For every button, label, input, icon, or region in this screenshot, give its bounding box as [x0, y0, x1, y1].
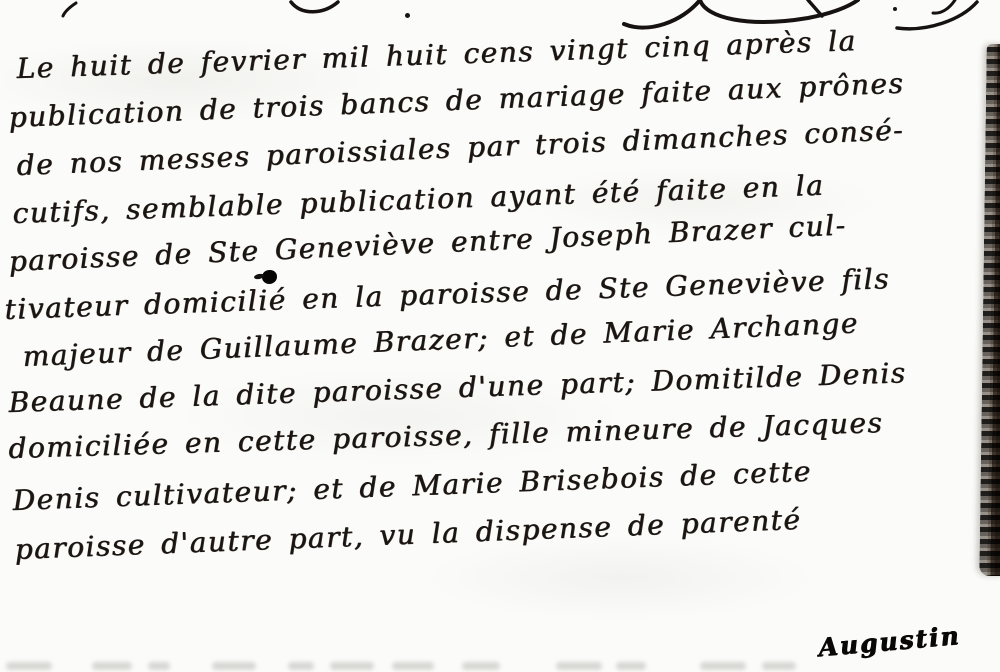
scan-smudge	[92, 662, 132, 670]
scan-smudge	[288, 662, 314, 670]
scan-smudge	[148, 662, 170, 670]
scan-smudge	[6, 662, 52, 670]
scan-smudge	[392, 662, 434, 670]
scan-smudge	[462, 662, 500, 670]
scan-smudge	[700, 662, 746, 670]
scan-smudge	[330, 662, 374, 670]
manuscript-text-block: Le huit de fevrier mil huit cens vingt c…	[0, 0, 1000, 672]
cutoff-text-band	[0, 656, 1000, 672]
scan-smudge	[212, 662, 256, 670]
scan-smudge	[616, 662, 646, 670]
manuscript-scan-page: Le huit de fevrier mil huit cens vingt c…	[0, 0, 1000, 672]
scan-smudge	[762, 662, 796, 670]
scan-smudge	[556, 662, 602, 670]
